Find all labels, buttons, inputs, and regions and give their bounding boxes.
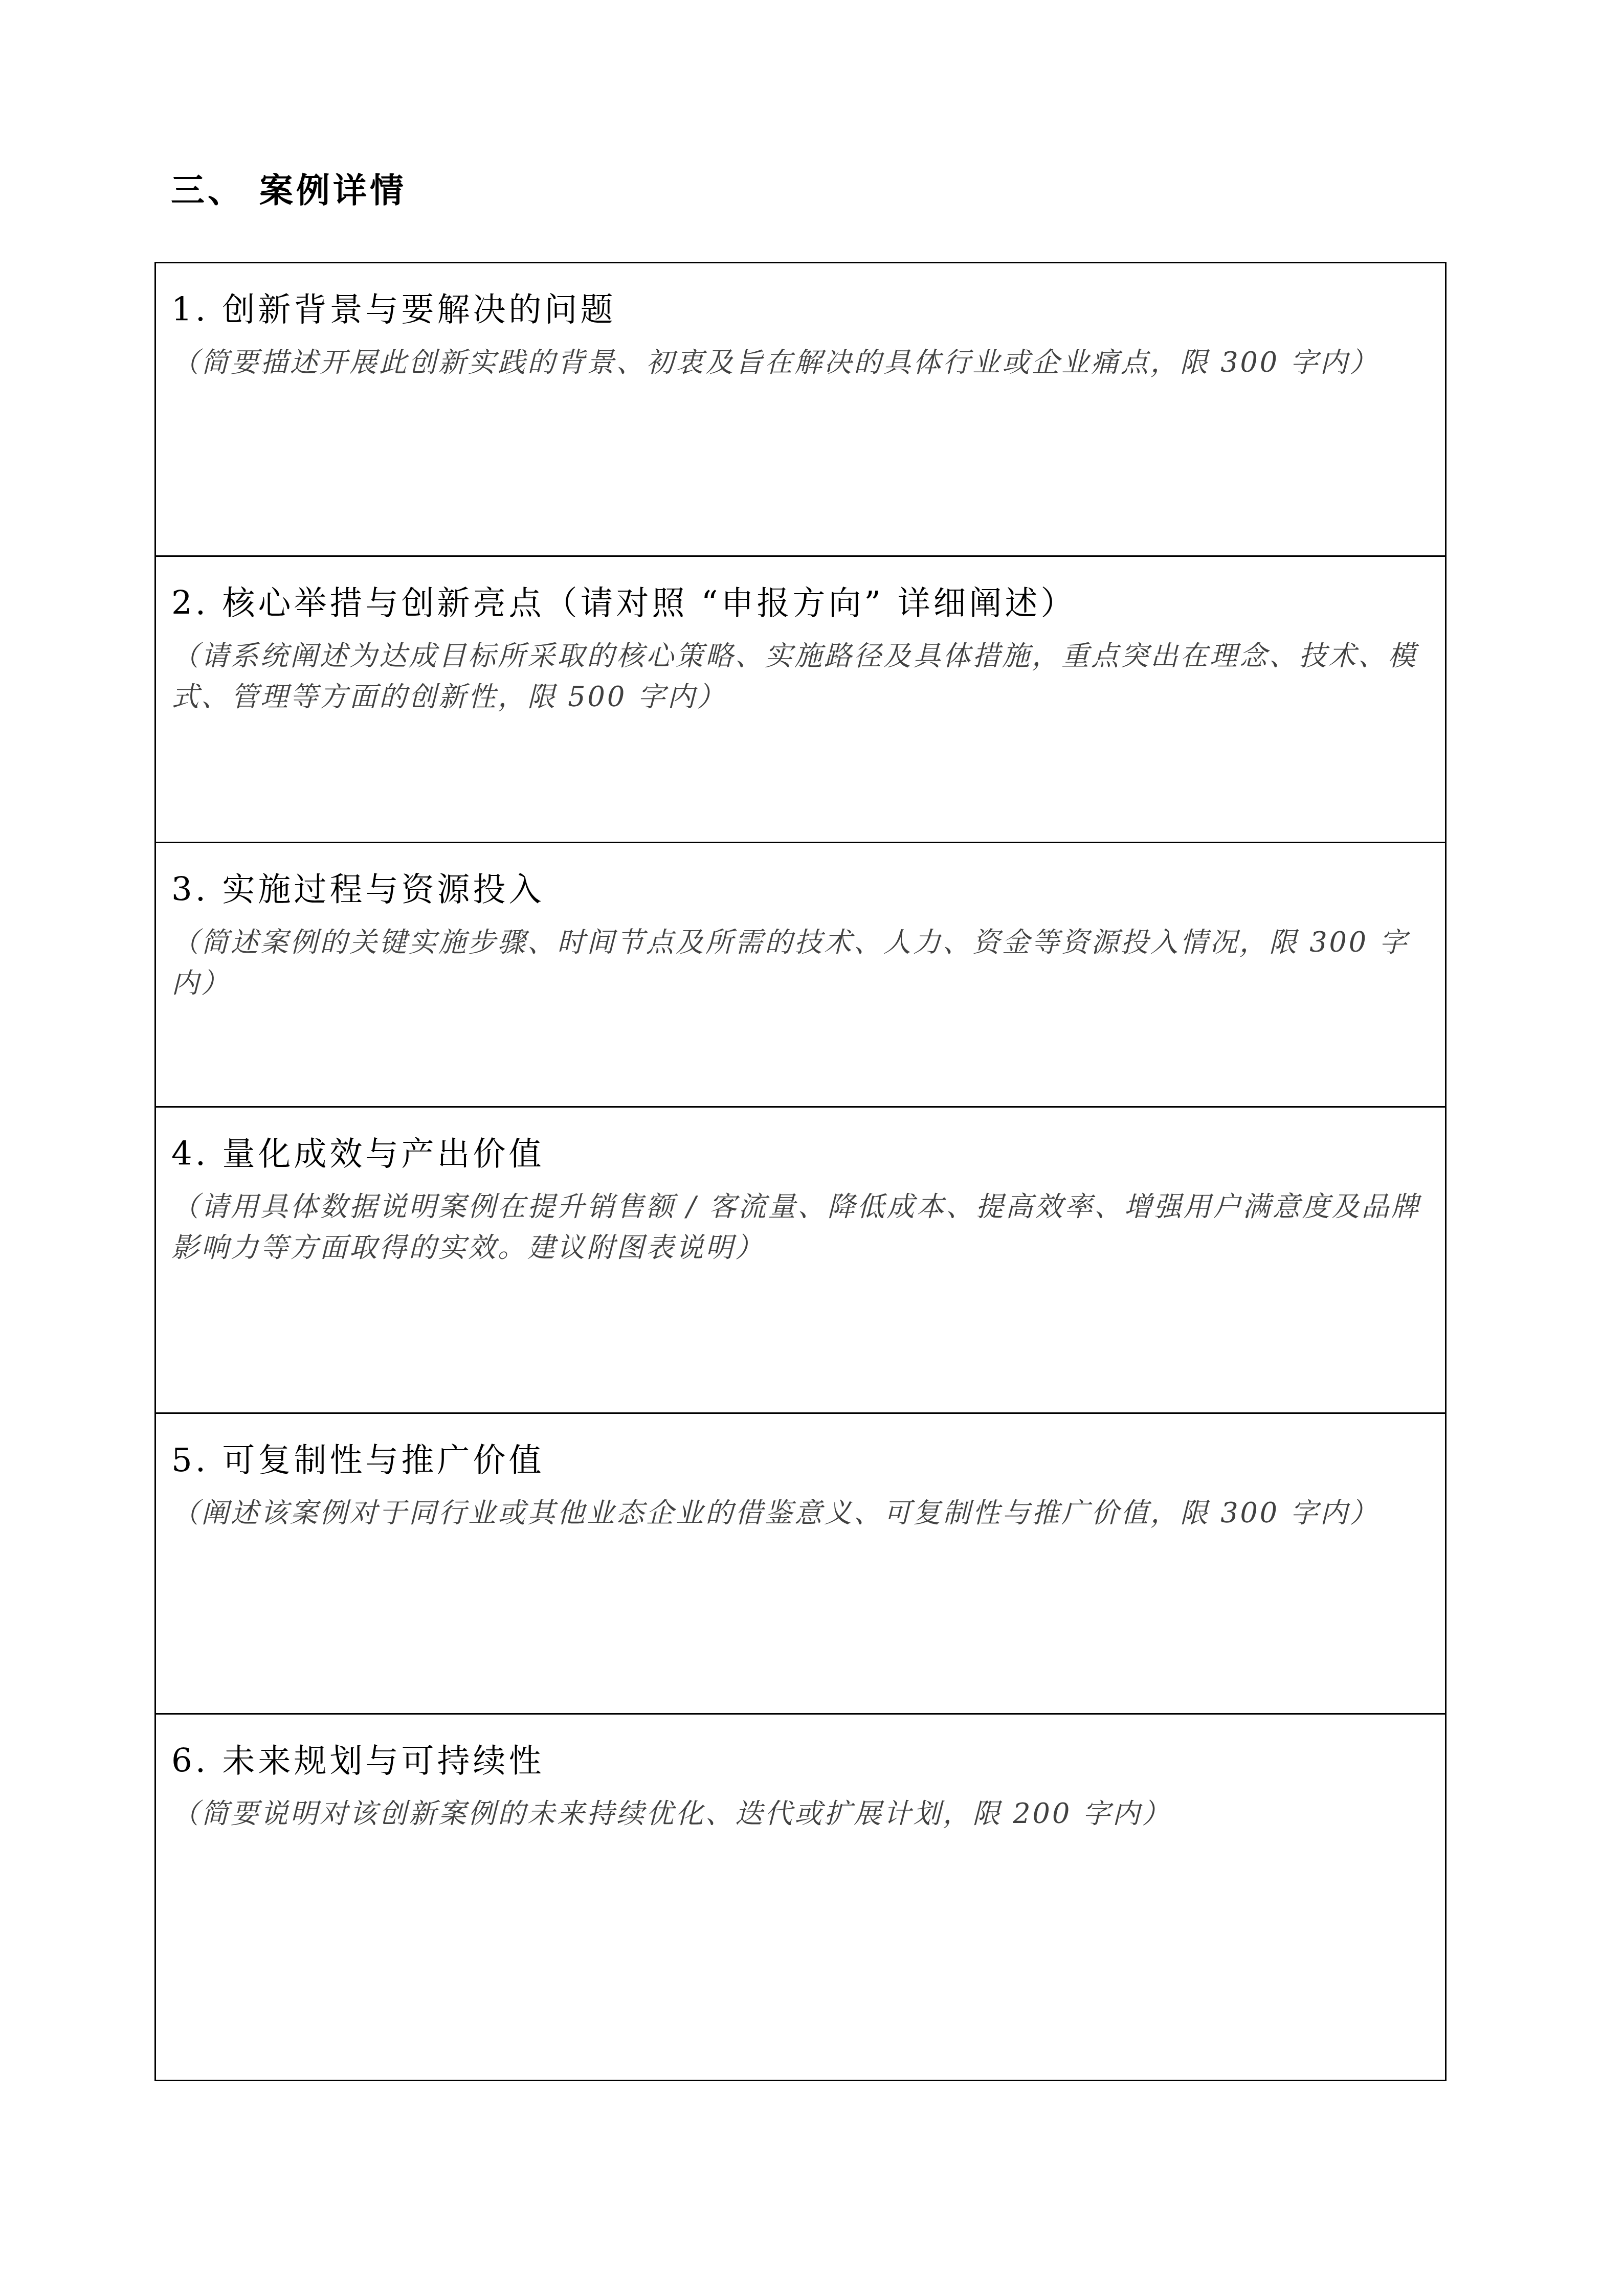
- row-heading: 4. 量化成效与产出价值: [171, 1131, 1433, 1177]
- row-innovation-background[interactable]: 1. 创新背景与要解决的问题 （简要描述开展此创新实践的背景、初衷及旨在解决的具…: [156, 263, 1445, 555]
- row-core-measures[interactable]: 2. 核心举措与创新亮点（请对照 “申报方向” 详细阐述） （请系统阐述为达成目…: [156, 555, 1445, 842]
- row-hint: （请用具体数据说明案例在提升销售额 / 客流量、降低成本、提高效率、增强用户满意…: [171, 1186, 1433, 1268]
- row-hint: （简要描述开展此创新实践的背景、初衷及旨在解决的具体行业或企业痛点，限 300 …: [171, 342, 1433, 383]
- row-hint: （阐述该案例对于同行业或其他业态企业的借鉴意义、可复制性与推广价值，限 300 …: [171, 1493, 1433, 1534]
- row-hint: （请系统阐述为达成目标所采取的核心策略、实施路径及具体措施，重点突出在理念、技术…: [171, 636, 1433, 717]
- row-hint: （简要说明对该创新案例的未来持续优化、迭代或扩展计划，限 200 字内）: [171, 1793, 1433, 1834]
- row-replicability[interactable]: 5. 可复制性与推广价值 （阐述该案例对于同行业或其他业态企业的借鉴意义、可复制…: [156, 1412, 1445, 1713]
- row-heading: 6. 未来规划与可持续性: [171, 1738, 1433, 1784]
- section-title: 三、 案例详情: [171, 174, 407, 208]
- row-quantified-results[interactable]: 4. 量化成效与产出价值 （请用具体数据说明案例在提升销售额 / 客流量、降低成…: [156, 1106, 1445, 1412]
- row-hint: （简述案例的关键实施步骤、时间节点及所需的技术、人力、资金等资源投入情况，限 3…: [171, 922, 1433, 1004]
- row-heading: 3. 实施过程与资源投入: [171, 867, 1433, 913]
- row-heading: 5. 可复制性与推广价值: [171, 1437, 1433, 1483]
- row-future-planning[interactable]: 6. 未来规划与可持续性 （简要说明对该创新案例的未来持续优化、迭代或扩展计划，…: [156, 1713, 1445, 2080]
- row-heading: 1. 创新背景与要解决的问题: [171, 287, 1433, 333]
- row-heading: 2. 核心举措与创新亮点（请对照 “申报方向” 详细阐述）: [171, 580, 1433, 626]
- row-implementation-process[interactable]: 3. 实施过程与资源投入 （简述案例的关键实施步骤、时间节点及所需的技术、人力、…: [156, 842, 1445, 1106]
- case-details-table: 1. 创新背景与要解决的问题 （简要描述开展此创新实践的背景、初衷及旨在解决的具…: [154, 262, 1447, 2081]
